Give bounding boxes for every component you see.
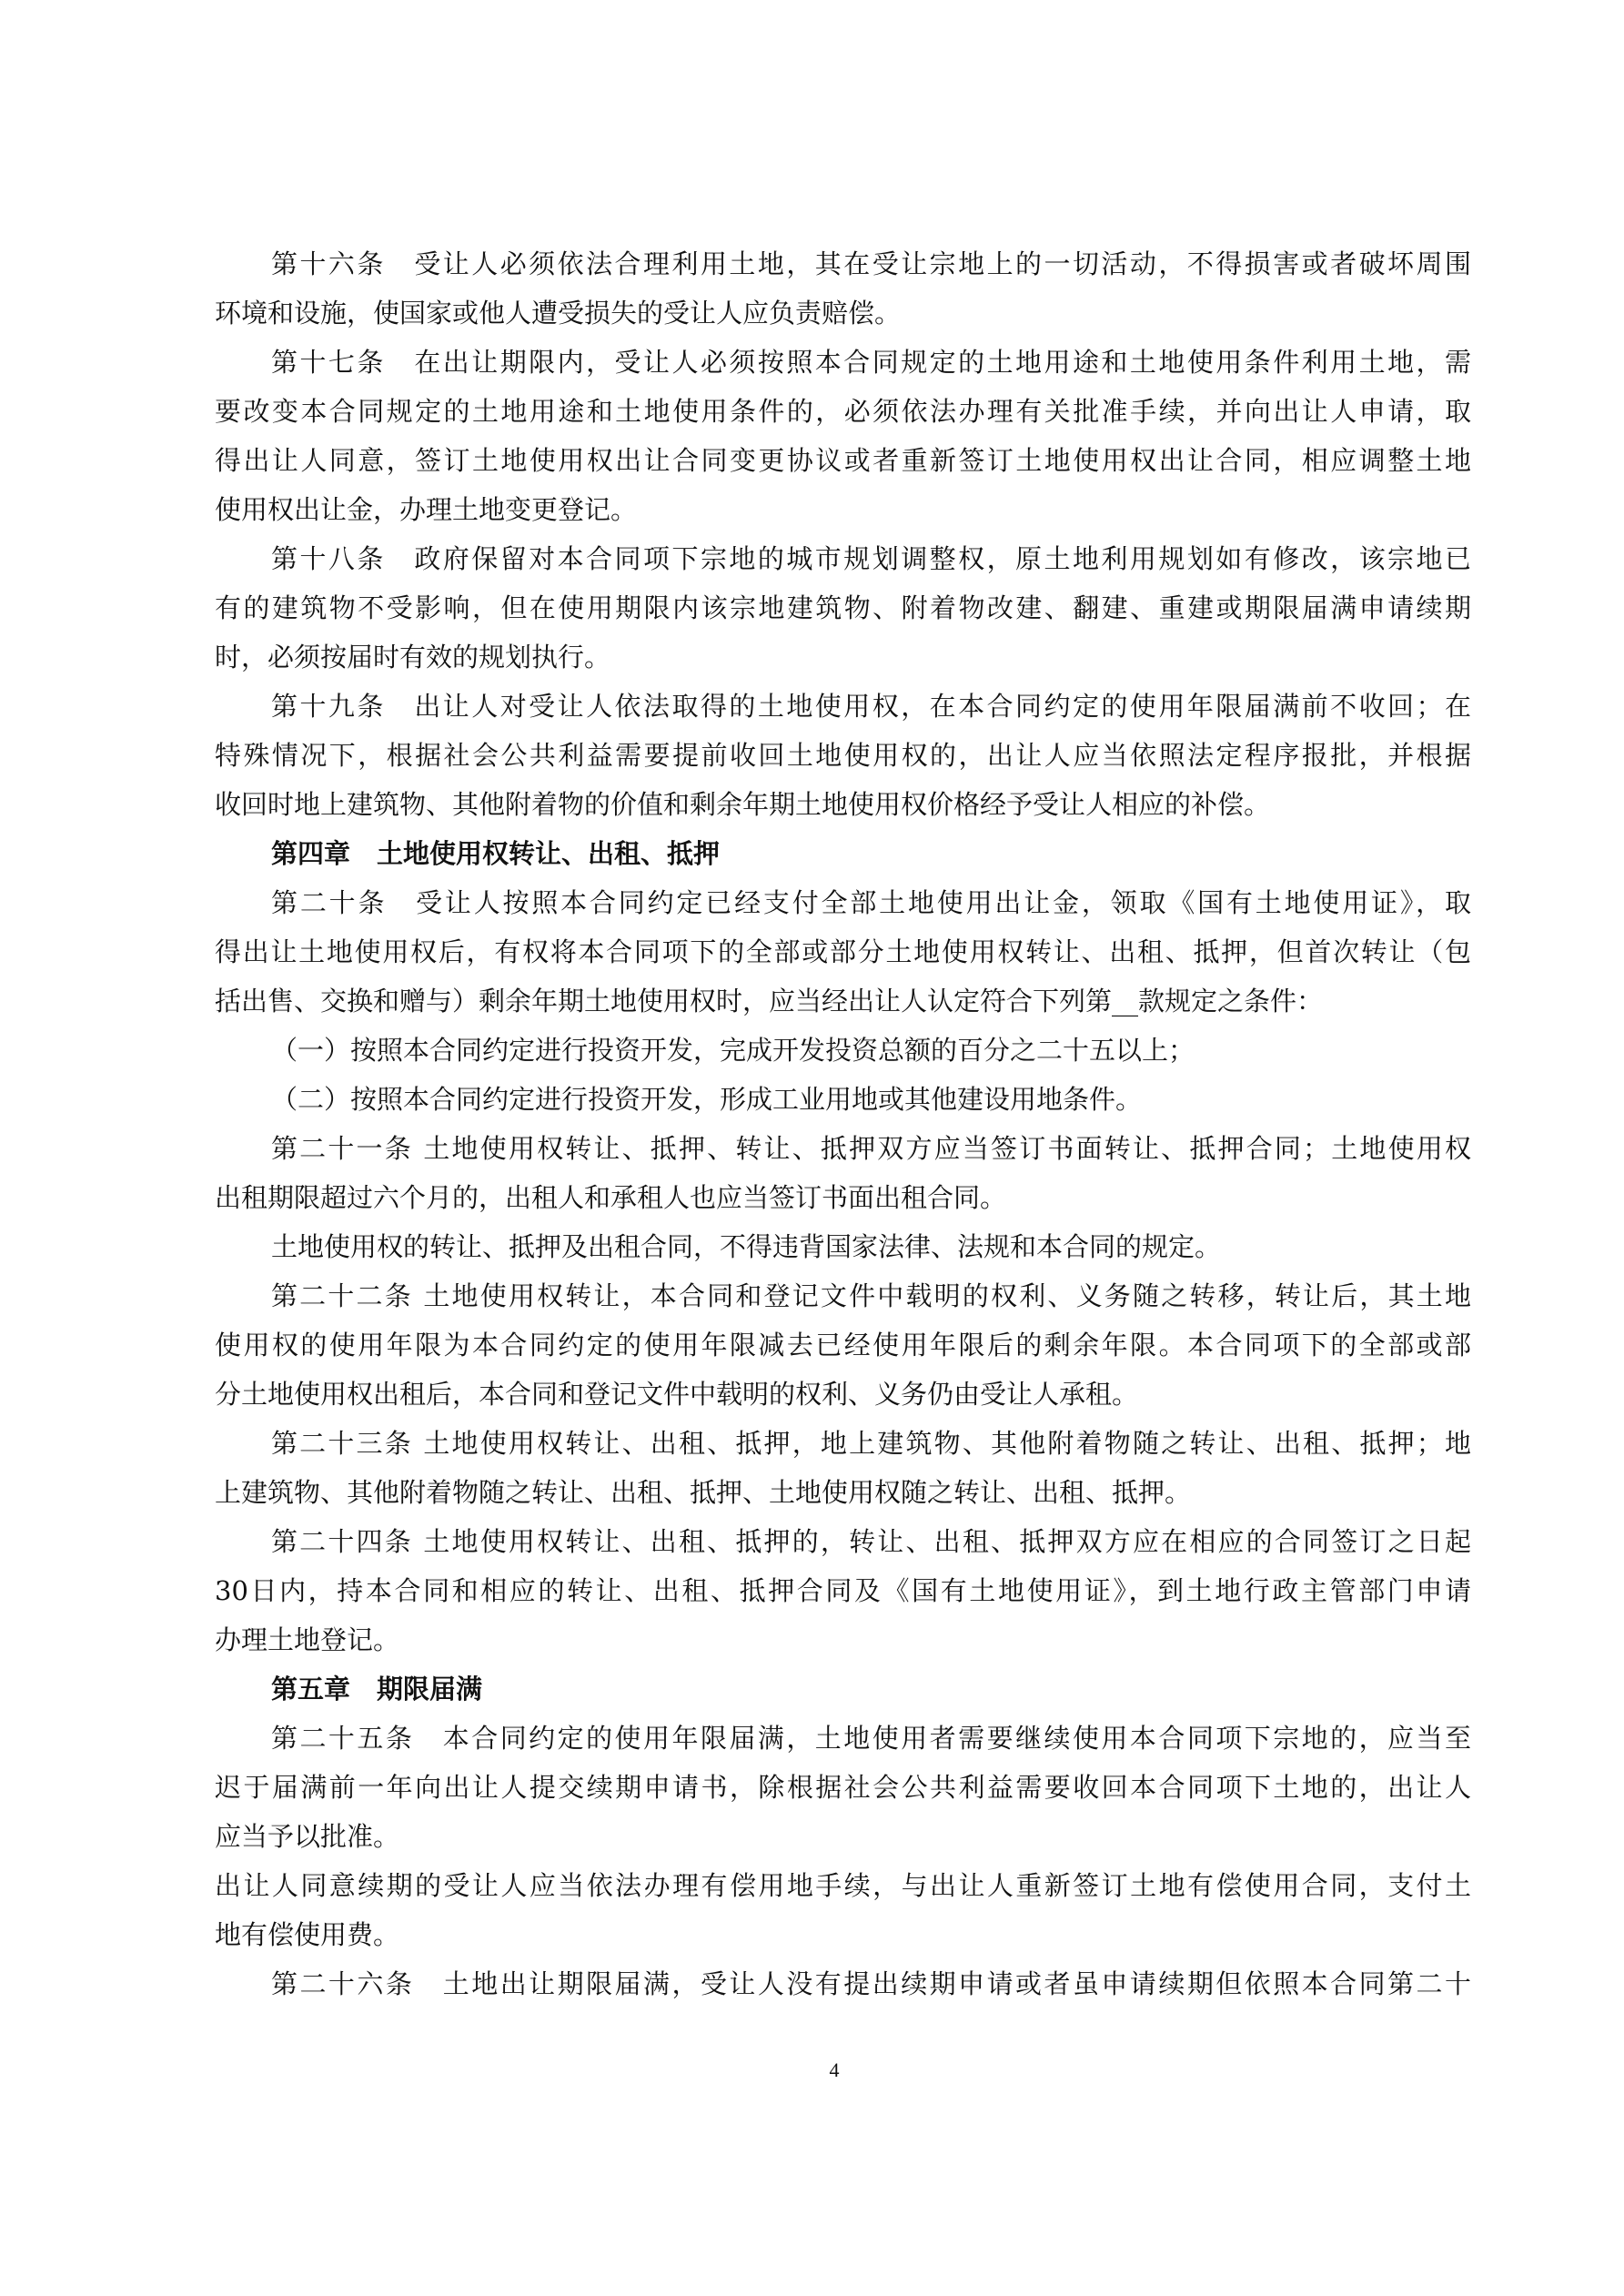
text-line: 时，必须按届时有效的规划执行。 [215,632,1471,682]
text-line: 第二十四条 土地使用权转让、出租、抵押的，转让、出租、抵押双方应在相应的合同签订… [271,1517,1471,1566]
text-line: 第二十二条 土地使用权转让，本合同和登记文件中载明的权利、义务随之转移，转让后，… [271,1271,1471,1320]
text-line: 第二十三条 土地使用权转让、出租、抵押，地上建筑物、其他附着物随之转让、出租、抵… [271,1419,1471,1468]
text-line: 土地使用权的转让、抵押及出租合同，不得违背国家法律、法规和本合同的规定。 [271,1222,1471,1271]
text-line: 迟于届满前一年向出让人提交续期申请书，除根据社会公共利益需要收回本合同项下土地的… [215,1763,1471,1812]
text-line: 地有偿使用费。 [215,1910,1471,1959]
text-line: 环境和设施，使国家或他人遭受损失的受让人应负责赔偿。 [215,288,1471,338]
text-line: 办理土地登记。 [215,1615,1471,1664]
text-line: （一）按照本合同约定进行投资开发，完成开发投资总额的百分之二十五以上； [271,1026,1471,1075]
text-line: 有的建筑物不受影响，但在使用期限内该宗地建筑物、附着物改建、翻建、重建或期限届满… [215,583,1471,632]
text-line: 使用权的使用年限为本合同约定的使用年限减去已经使用年限后的剩余年限。本合同项下的… [215,1320,1471,1370]
text-line: 特殊情况下，根据社会公共利益需要提前收回土地使用权的，出让人应当依照法定程序报批… [215,731,1471,780]
text-line: 分土地使用权出租后，本合同和登记文件中载明的权利、义务仍由受让人承租。 [215,1370,1471,1419]
text-line: 第十八条 政府保留对本合同项下宗地的城市规划调整权，原土地利用规划如有修改，该宗… [271,534,1471,583]
chapter-heading: 第四章 土地使用权转让、出租、抵押 [271,829,1471,878]
text-line: 出租期限超过六个月的，出租人和承租人也应当签订书面出租合同。 [215,1173,1471,1222]
chapter-heading: 第五章 期限届满 [271,1664,1471,1714]
text-line: 出让人同意续期的受让人应当依法办理有偿用地手续，与出让人重新签订土地有偿使用合同… [215,1861,1471,1910]
text-line: （二）按照本合同约定进行投资开发，形成工业用地或其他建设用地条件。 [271,1075,1471,1124]
text-line: 上建筑物、其他附着物随之转让、出租、抵押、土地使用权随之转让、出租、抵押。 [215,1468,1471,1517]
text-line: 第十六条 受让人必须依法合理利用土地，其在受让宗地上的一切活动，不得损害或者破坏… [271,239,1471,288]
text-line: 得出让土地使用权后，有权将本合同项下的全部或部分土地使用权转让、出租、抵押，但首… [215,927,1471,976]
text-line: 第二十一条 土地使用权转让、抵押、转让、抵押双方应当签订书面转让、抵押合同；土地… [271,1124,1471,1173]
text-line: 第十七条 在出让期限内，受让人必须按照本合同规定的土地用途和土地使用条件利用土地… [271,338,1471,387]
text-line: 使用权出让金，办理土地变更登记。 [215,485,1471,534]
text-line: 30日内，持本合同和相应的转让、出租、抵押合同及《国有土地使用证》，到土地行政主… [215,1566,1471,1615]
text-line: 得出让人同意，签订土地使用权出让合同变更协议或者重新签订土地使用权出让合同，相应… [215,436,1471,485]
text-line: 第二十六条 土地出让期限届满，受让人没有提出续期申请或者虽申请续期但依照本合同第… [271,1959,1471,2008]
text-line: 收回时地上建筑物、其他附着物的价值和剩余年期土地使用权价格经予受让人相应的补偿。 [215,780,1471,829]
text-line: 第十九条 出让人对受让人依法取得的土地使用权，在本合同约定的使用年限届满前不收回… [271,682,1471,731]
text-line: 第二十条 受让人按照本合同约定已经支付全部土地使用出让金，领取《国有土地使用证》… [271,878,1471,927]
document-page: 第十六条 受让人必须依法合理利用土地，其在受让宗地上的一切活动，不得损害或者破坏… [0,0,1624,2296]
page-number: 4 [816,2055,852,2086]
text-line: 括出售、交换和赠与）剩余年期土地使用权时，应当经出让人认定符合下列第__款规定之… [215,976,1471,1026]
text-line: 第二十五条 本合同约定的使用年限届满，土地使用者需要继续使用本合同项下宗地的，应… [271,1714,1471,1763]
text-line: 应当予以批准。 [215,1812,1471,1861]
text-line: 要改变本合同规定的土地用途和土地使用条件的，必须依法办理有关批准手续，并向出让人… [215,387,1471,436]
